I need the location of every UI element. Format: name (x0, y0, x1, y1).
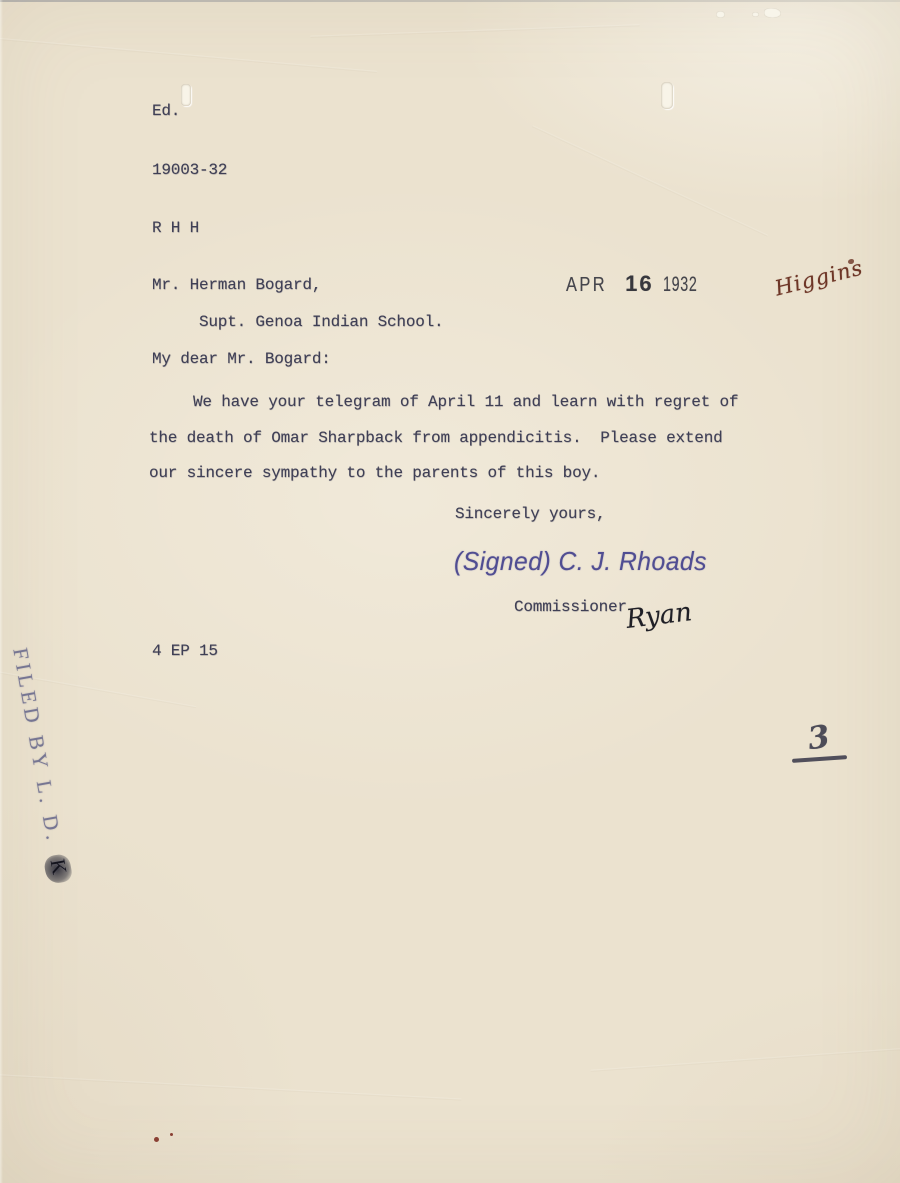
signature-rubber-stamp: (Signed) C. J. Rhoads (454, 546, 707, 577)
date-stamp-day: 16 (625, 271, 653, 297)
handwritten-page-number: 3 (806, 719, 832, 758)
typist-notation: 4 EP 15 (152, 642, 218, 660)
body-line: our sincere sympathy to the parents of t… (149, 464, 600, 482)
date-stamp-year: 1932 (663, 273, 697, 297)
body-line: We have your telegram of April 11 and le… (193, 393, 738, 411)
paper-crease (310, 24, 640, 38)
paper-damage-speck (764, 8, 781, 18)
staple-hole (661, 82, 673, 109)
signature-title: Commissioner (514, 598, 627, 616)
paper-crease (590, 1046, 900, 1072)
paper-damage-speck (752, 12, 759, 17)
filed-by-stamp-initial: K (43, 853, 73, 884)
handwritten-initial-annotation: Ryan (624, 597, 693, 635)
punch-hole (181, 84, 191, 106)
ink-speck (170, 1133, 173, 1136)
date-stamp-month: APR (566, 274, 607, 297)
paper-damage-speck (716, 11, 725, 18)
filed-by-stamp-text: FILED BY L. D. (8, 646, 66, 845)
body-line: the death of Omar Sharpback from appendi… (149, 429, 723, 447)
page-number-underline (792, 755, 847, 762)
recipient-title: Supt. Genoa Indian School. (199, 313, 443, 331)
closing-line: Sincerely yours, (455, 505, 605, 523)
scanned-letter-page: Ed. 19003-32 R H H Mr. Herman Bogard, Su… (0, 0, 900, 1183)
paper-crease (532, 125, 768, 237)
paper-crease (0, 1073, 462, 1100)
recipient-name: Mr. Herman Bogard, (152, 276, 321, 294)
ink-speck (154, 1137, 159, 1142)
file-notation-line: 19003-32 (152, 161, 227, 181)
file-notation-line: R H H (152, 219, 227, 239)
date-received-stamp: APR 16 1932 (566, 271, 713, 297)
salutation: My dear Mr. Bogard: (152, 350, 331, 368)
